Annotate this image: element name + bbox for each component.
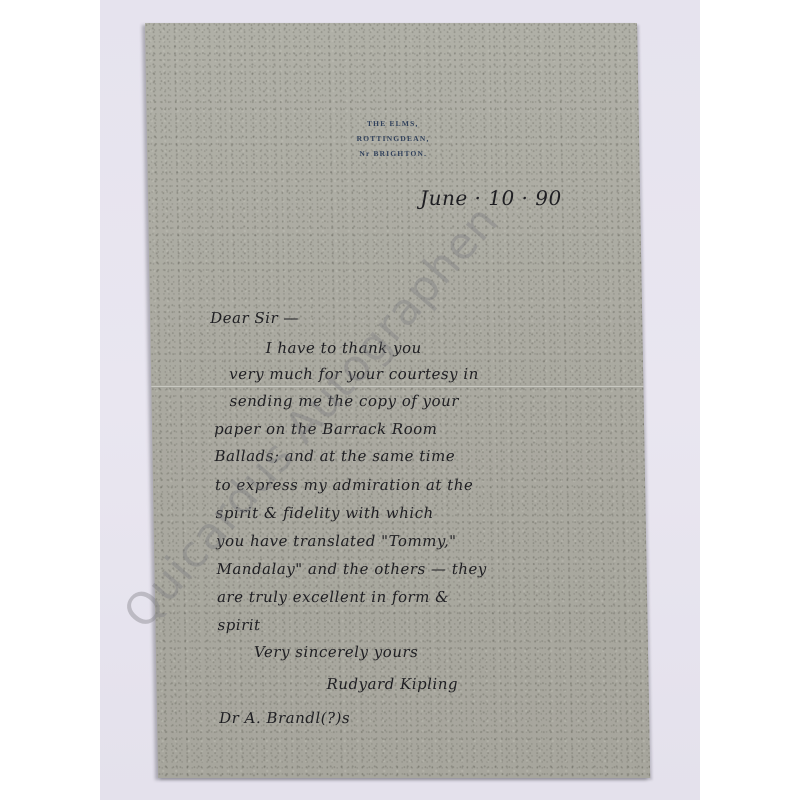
- body-line: very much for your courtesy in: [229, 365, 479, 383]
- letterhead-line-2: ROTTINGDEAN,: [147, 131, 639, 146]
- body-line: to express my admiration at the: [215, 476, 474, 494]
- body-line: you have translated "Tommy,": [216, 532, 457, 550]
- closing: Very sincerely yours: [254, 643, 419, 661]
- body-line: Mandalay" and the others — they: [216, 560, 487, 578]
- body-line: sending me the copy of your: [229, 392, 459, 410]
- letter-date: June · 10 · 90: [420, 186, 562, 210]
- letter-paper: THE ELMS, ROTTINGDEAN, Nr BRIGHTON. June…: [145, 23, 650, 778]
- body-line: Ballads; and at the same time: [214, 447, 455, 465]
- body-line: are truly excellent in form &: [217, 588, 449, 606]
- body-line: I have to thank you: [266, 339, 422, 357]
- letterhead-line-3: Nr BRIGHTON.: [147, 146, 639, 161]
- salutation: Dear Sir —: [210, 309, 299, 327]
- signature: Rudyard Kipling: [326, 675, 458, 693]
- body-line: spirit & fidelity with which: [215, 504, 433, 522]
- body-line: paper on the Barrack Room: [214, 420, 438, 438]
- paper-fold-crease: [151, 386, 643, 388]
- recipient: Dr A. Brandl(?)s: [219, 709, 350, 727]
- letterhead: THE ELMS, ROTTINGDEAN, Nr BRIGHTON.: [147, 116, 640, 161]
- body-line: spirit: [217, 616, 260, 634]
- letterhead-line-1: THE ELMS,: [147, 116, 639, 131]
